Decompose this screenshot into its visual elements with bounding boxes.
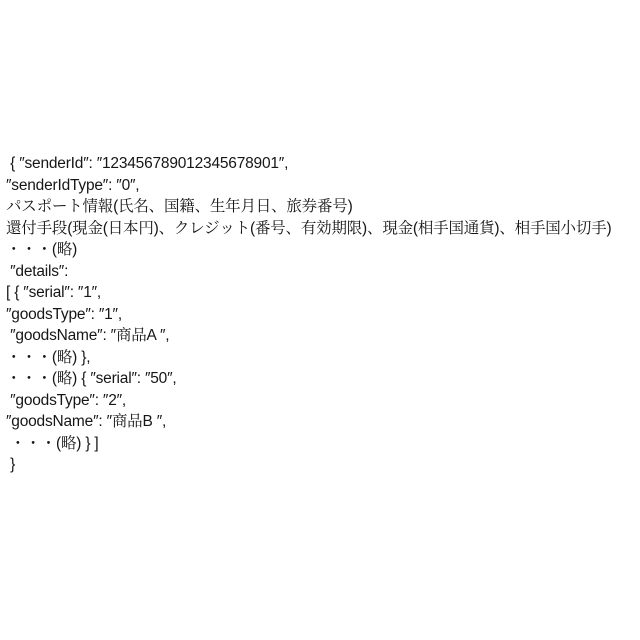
code-line: ″goodsName″: ″商品B ″, (6, 411, 638, 433)
code-line: ″goodsType″: ″2″, (6, 390, 638, 412)
code-line: ″goodsName″: ″商品A ″, (6, 325, 638, 347)
page: { ″senderId″: ″123456789012345678901″, ″… (0, 0, 640, 640)
json-snippet: { ″senderId″: ″123456789012345678901″, ″… (6, 153, 638, 476)
code-line: ″goodsType″: ″1″, (6, 304, 638, 326)
code-line: ・・・(略) (6, 239, 638, 261)
code-line: ・・・(略) }, (6, 347, 638, 369)
code-line: } (6, 454, 638, 476)
code-line: ・・・(略) { ″serial″: ″50″, (6, 368, 638, 390)
code-line: { ″senderId″: ″123456789012345678901″, (6, 153, 638, 175)
code-line: ″senderIdType″: ″0″, (6, 175, 638, 197)
code-line: ・・・(略) } ] (6, 433, 638, 455)
code-line: パスポート情報(氏名、国籍、生年月日、旅券番号) (6, 196, 638, 218)
code-line: ″details″: (6, 261, 638, 283)
code-line: [ { ″serial″: ″1″, (6, 282, 638, 304)
code-line: 還付手段(現金(日本円)、クレジット(番号、有効期限)、現金(相手国通貨)、相手… (6, 218, 638, 240)
